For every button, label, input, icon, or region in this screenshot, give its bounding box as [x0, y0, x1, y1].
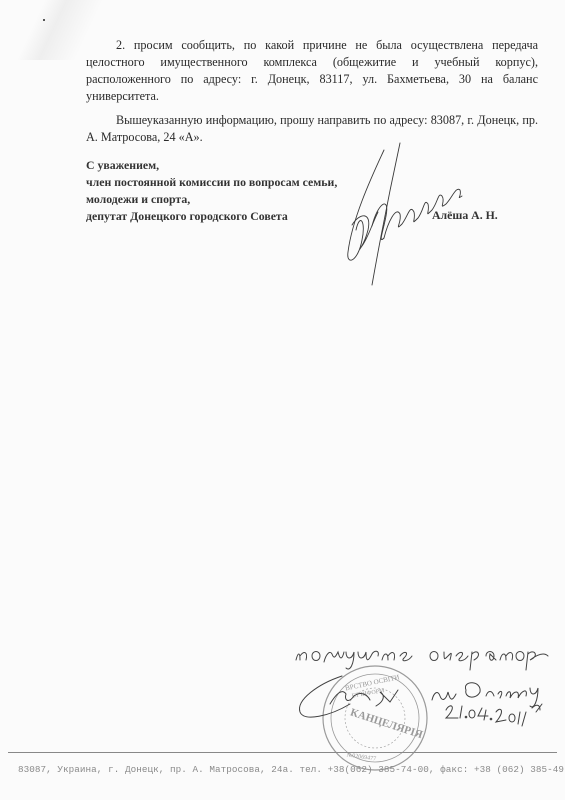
paragraph-2-text: просим сообщить, по какой причине не был… — [86, 38, 538, 103]
handwritten-note-line-1 — [296, 651, 548, 670]
signer-name: Алёша А. Н. — [432, 208, 498, 223]
handwritten-date — [446, 706, 526, 726]
receiver-signature — [300, 676, 542, 717]
paragraph-number: 2. — [116, 38, 125, 52]
position-line-3: депутат Донецкого городского Совета — [86, 208, 337, 225]
stamp-center-text: КАНЦЕЛЯРІЯ — [349, 706, 424, 741]
position-line-2: молодежи и спорта, — [86, 191, 337, 208]
paragraph-3: Вышеуказанную информацию, прошу направит… — [86, 112, 538, 146]
paragraph-3-text: Вышеуказанную информацию, прошу направит… — [86, 113, 538, 144]
paragraph-2: 2. просим сообщить, по какой причине не … — [86, 37, 538, 105]
svg-text:ЕТ ІНФОРМ: ЕТ ІНФОРМ — [351, 688, 385, 700]
office-stamp: ВРСТВО ОСВІТИ ЕТ ІНФОРМ КАНЦЕЛЯРІЯ №0206… — [323, 666, 427, 770]
stamp-outer-text: ВРСТВО ОСВІТИ — [344, 673, 400, 692]
position-line-1: член постоянной комиссии по вопросам сем… — [86, 174, 337, 191]
footer-divider — [8, 752, 557, 753]
svg-text:№02069477: №02069477 — [346, 752, 376, 762]
footer-address: 83087, Украина, г. Донецк, пр. А. Матрос… — [18, 764, 565, 775]
salutation: С уважением, — [86, 157, 337, 174]
scan-speck — [43, 19, 45, 21]
closing-block: С уважением, член постоянной комиссии по… — [86, 157, 337, 225]
